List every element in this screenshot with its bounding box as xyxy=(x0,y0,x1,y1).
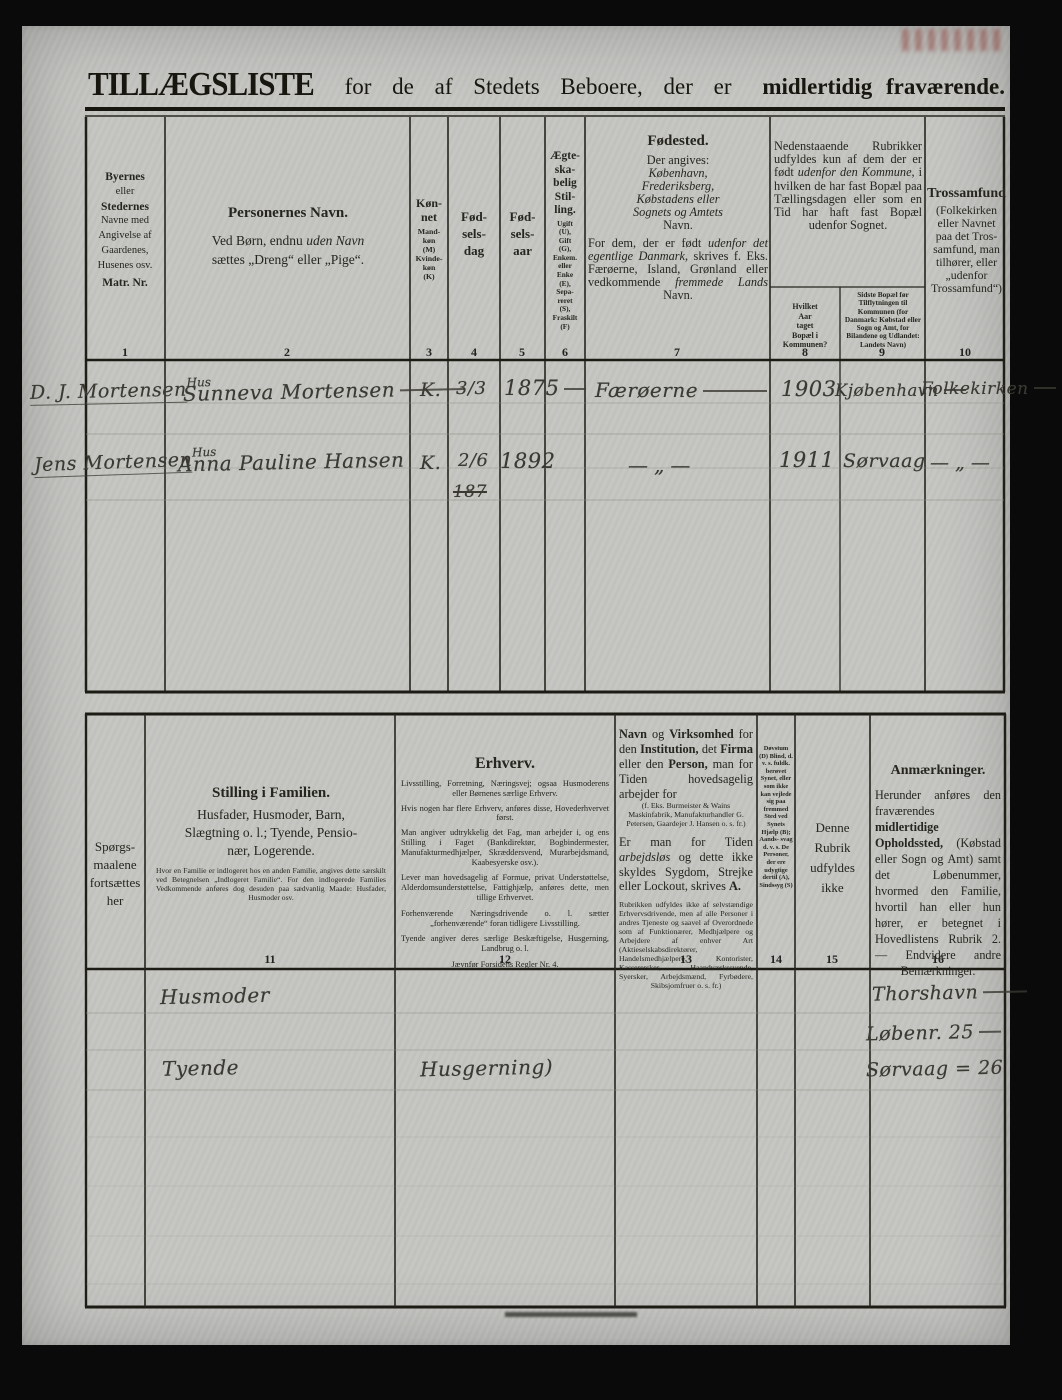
t1-row2-birthday: 2/6 xyxy=(458,450,488,471)
t1-col6-header: Ægte- ska- belig Stil- ling. Ugift (U), … xyxy=(546,150,584,331)
t2-row2-occupation: Husgerning) xyxy=(420,1055,554,1082)
page-title: TILLÆGSLISTE for de af Stedets Beboere, … xyxy=(88,66,1005,102)
t1-col8-subheader: Hvilket Aar taget Bopæl i Kommunen? xyxy=(772,302,838,350)
t2-col14-header: Døvstum (D) Blind, d. v. s. fuldk. berøv… xyxy=(759,745,793,889)
t2-col11-header: Stilling i Familien. Husfader, Husmoder,… xyxy=(150,785,392,902)
page-title-mid: for de af Stedets Beboere, der er xyxy=(345,74,732,100)
t2-row2-position: Tyende xyxy=(162,1055,239,1081)
t2-col12-header: Erhverv. Livsstilling, Forretning, Nærin… xyxy=(401,755,609,969)
t1-row2-birthplace-ditto: —„— xyxy=(628,453,696,477)
t1-col5-header: Fød- sels- aar xyxy=(501,208,544,259)
t2-row1-remark-number: Løbenr. 25 xyxy=(866,1021,1001,1046)
scanned-census-page: TILLÆGSLISTE for de af Stedets Beboere, … xyxy=(0,0,1062,1400)
t1-col2-header: Personernes Navn. Ved Børn, endnu uden N… xyxy=(170,205,406,269)
t1-col1-header: Byernes eller Stedernes Navne med Angive… xyxy=(88,170,162,290)
t2-col16-header: Anmærkninger. Herunder anføres den fravæ… xyxy=(875,763,1001,979)
t1-col9-subheader: Sidste Bopæl før Tilflytningen til Kommu… xyxy=(843,291,923,349)
t1-row2-religion-ditto: —„— xyxy=(930,452,996,474)
t1-row1-sex: K. xyxy=(420,379,441,401)
t1-row1-religion: Folkekirken xyxy=(921,379,1056,399)
page-title-end: midlertidig fraværende. xyxy=(762,74,1005,100)
t2-row1-remark-place: Thorshavn xyxy=(872,980,1028,1005)
t2-col15-header: Denne Rubrik udfyldes ikke xyxy=(797,818,868,898)
t1-col3-header: Køn- net Mand- køn (M) Kvinde- køn (K) xyxy=(411,196,447,281)
t1-row1-birthyear: 1875 xyxy=(504,376,586,400)
t1-row2-sex: K. xyxy=(420,452,441,474)
t2-row1-position: Husmoder xyxy=(160,983,270,1009)
t2-row2-remark-place: Sørvaag = 26 xyxy=(866,1057,1004,1082)
t1-row1-birthplace: Færøerne xyxy=(595,378,767,402)
page-title-main: TILLÆGSLISTE xyxy=(88,65,314,104)
t1-row2-birthyear-struck: 187 xyxy=(453,482,487,502)
t1-row2-last-residence: Sørvaag xyxy=(843,450,926,472)
t1-row2-birthyear: 1892 xyxy=(500,449,555,473)
t1-row1-year-moved: 1903 xyxy=(781,377,836,401)
t1-col7-header: Fødested. Der angives: København, Freder… xyxy=(588,133,768,302)
t2-col13-header: Navn og Virksomhed for den Institution, … xyxy=(619,727,753,990)
t1-row2-name: Anna Pauline Hansen xyxy=(178,448,405,477)
t1-row2-year-moved: 1911 xyxy=(779,448,834,472)
t1-col4-header: Fød- sels- dag xyxy=(449,208,499,259)
t1-col8-9-header: Nedenstaaende Rubrikker udfyldes kun af … xyxy=(774,140,922,232)
t2-side-label: Spørgs- maalene fortsættes her xyxy=(86,838,144,910)
t1-row1-birthday: 3/3 xyxy=(456,378,486,399)
t1-col10-header: Trossamfund (Folkekirken eller Navnet pa… xyxy=(927,186,1006,295)
